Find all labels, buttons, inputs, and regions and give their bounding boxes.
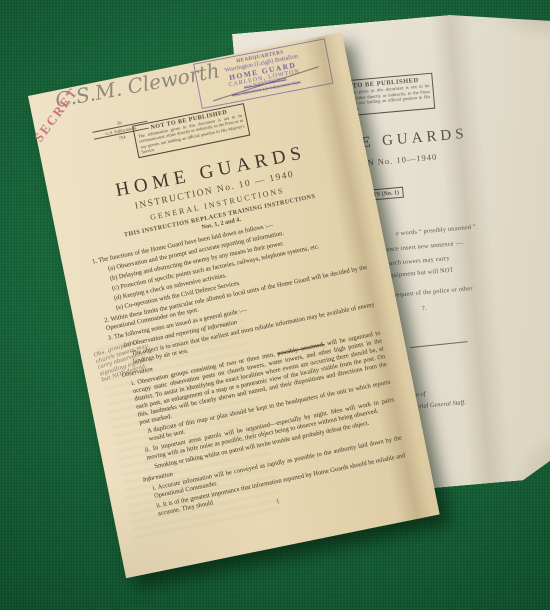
- amendment-line-fragment: request of the police or other: [394, 285, 473, 299]
- photo-scene: NOT TO BE PUBLISHED The information give…: [0, 0, 550, 610]
- section-number-fragment: 7.: [421, 305, 427, 312]
- amendment-line-fragment: e words “ possibly unarmed ”.: [396, 223, 478, 237]
- printed-page: HOME GUARDS INSTRUCTION No. 10 — 1940 GE…: [77, 135, 410, 532]
- signature-rule: [410, 341, 468, 348]
- amendment-line-fragment: ntence insert new sentence :—: [381, 240, 464, 254]
- closing-line-fragment: perial General Staff.: [413, 399, 466, 411]
- not-to-be-published-box-front: NOT TO BE PUBLISHED The information give…: [132, 103, 250, 158]
